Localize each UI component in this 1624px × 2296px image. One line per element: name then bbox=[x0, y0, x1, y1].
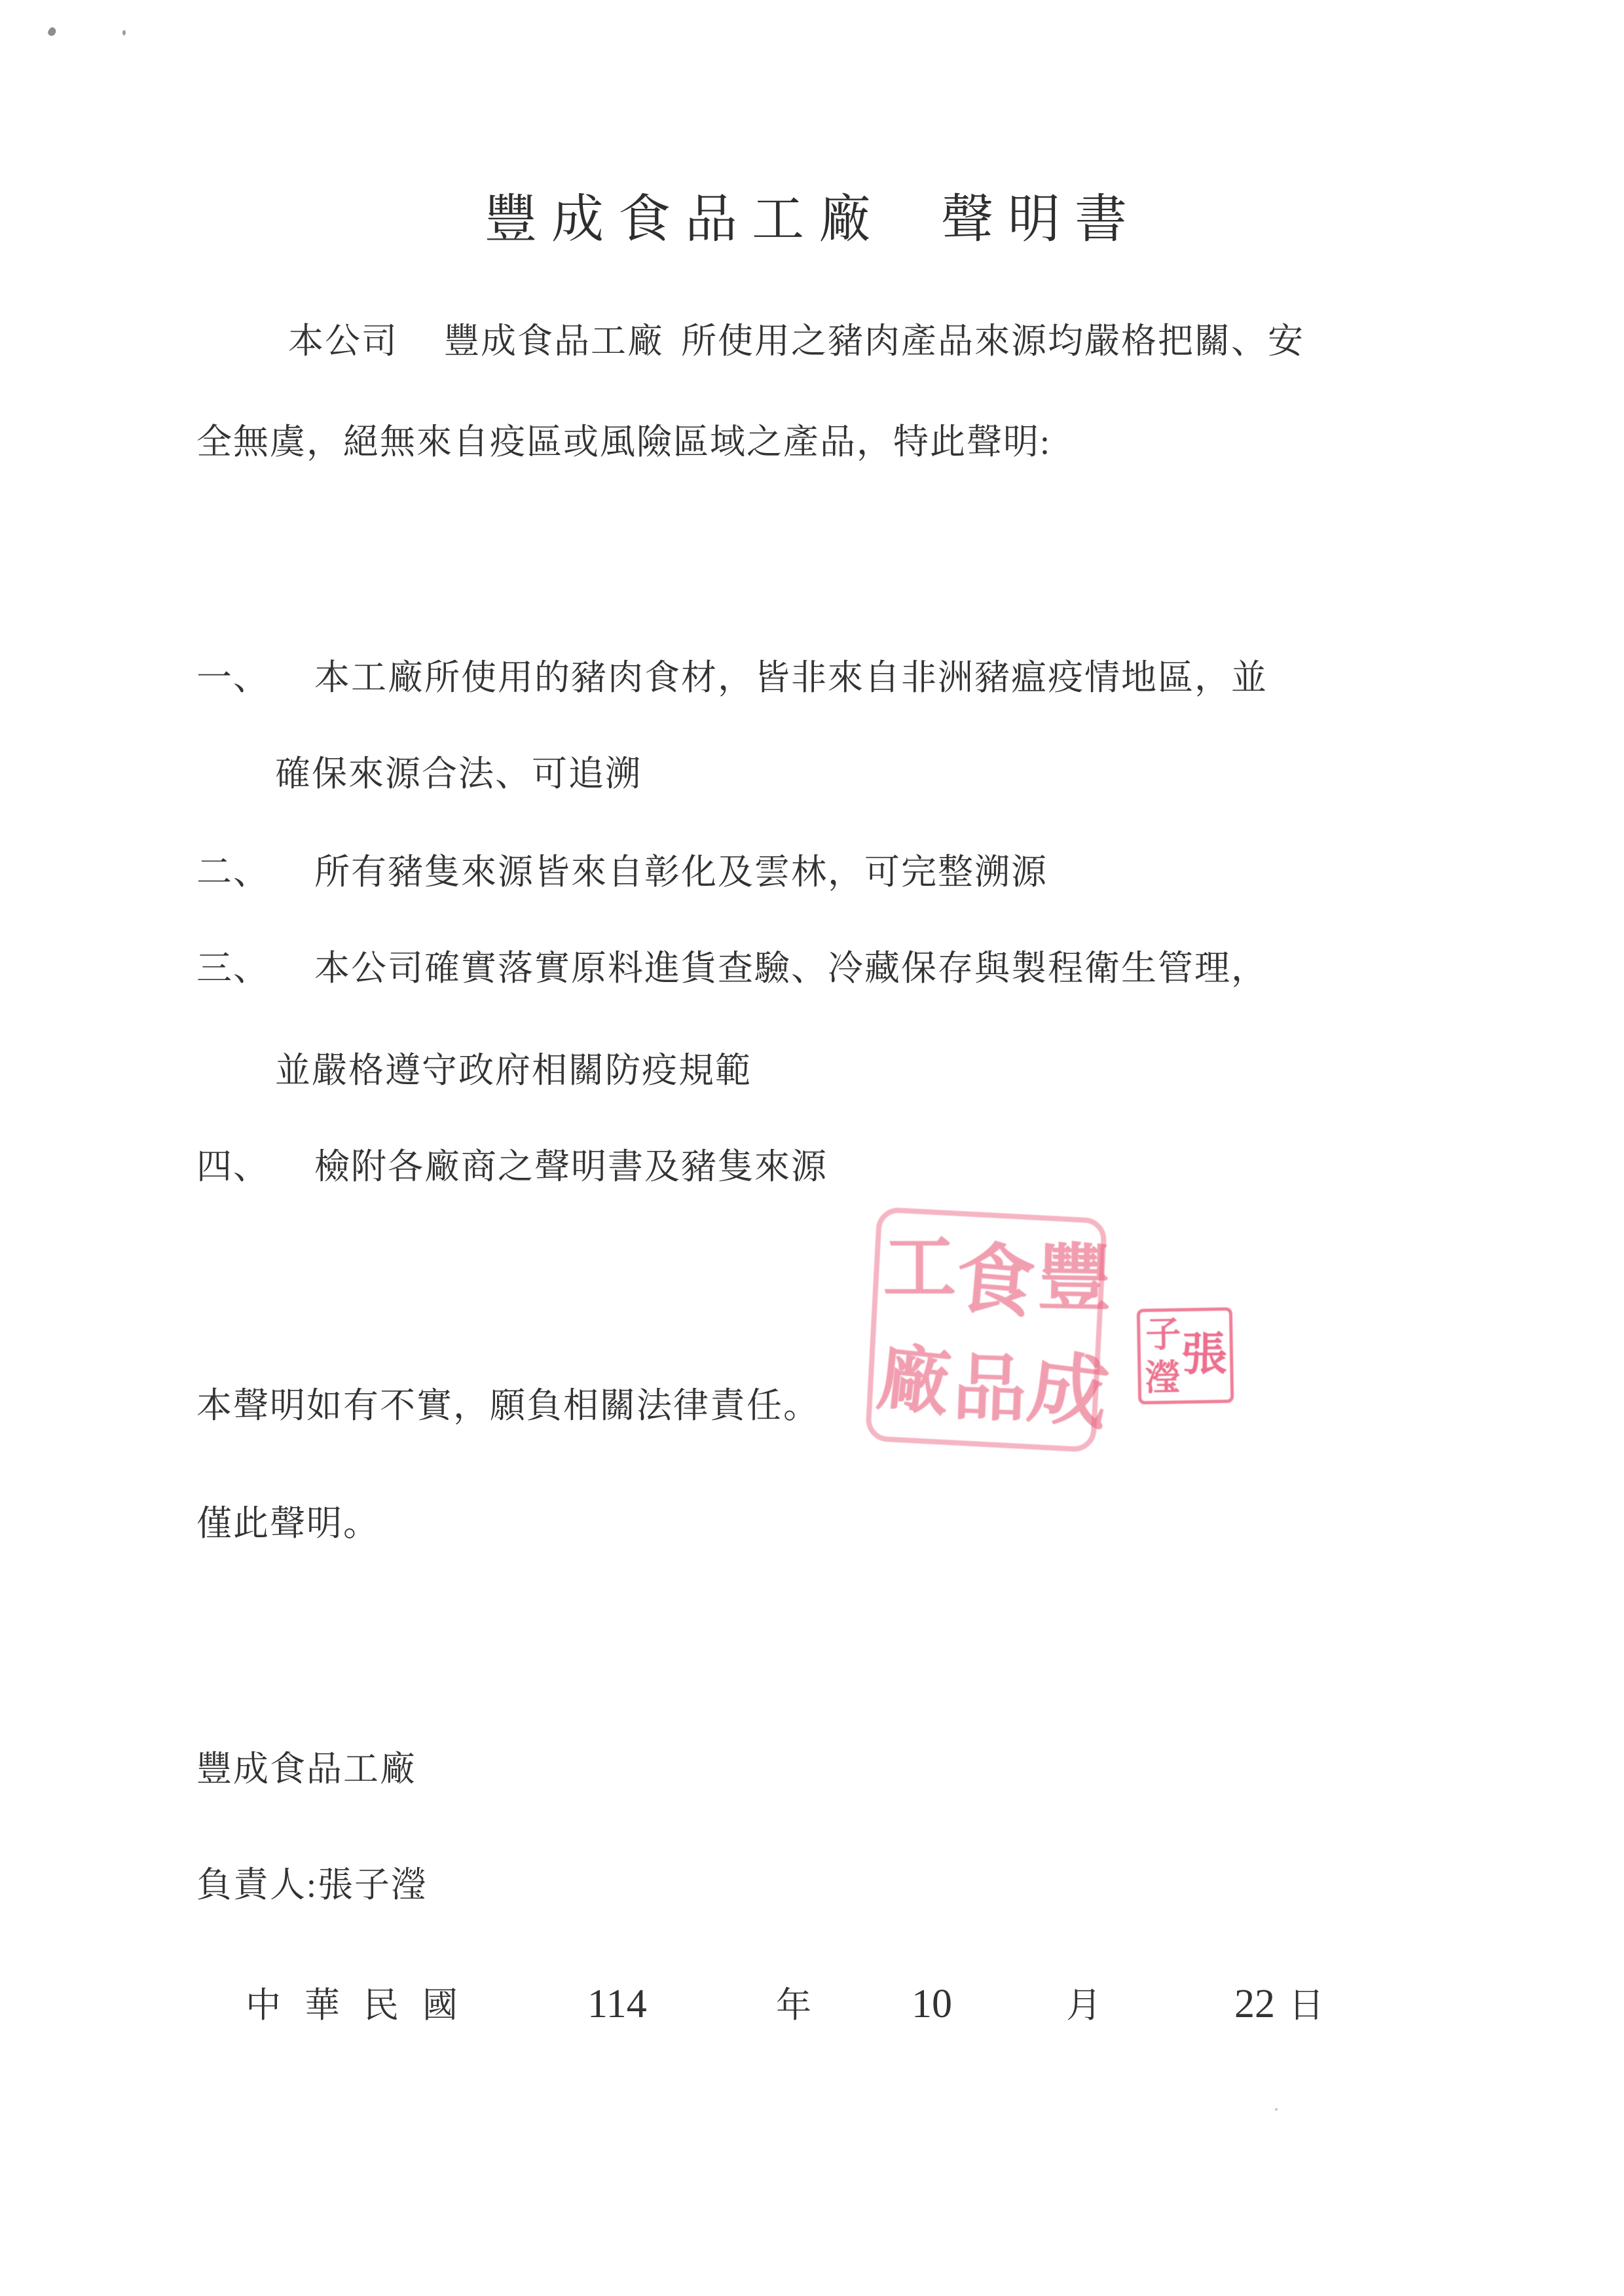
declaration-statement: 僅此聲明。 bbox=[196, 1506, 380, 1541]
company-seal-char: 成 bbox=[1024, 1347, 1113, 1436]
company-seal-char: 工 bbox=[883, 1231, 956, 1305]
date-year-unit: 年 bbox=[776, 1988, 811, 2023]
date-year-value: 114 bbox=[587, 1984, 647, 2024]
personal-seal-stamp: 子 張 瀅 bbox=[1137, 1307, 1234, 1405]
title-doc-type: 聲明書 bbox=[941, 191, 1141, 249]
item-3-line-1: 三、本公司確實落實原料進貨查驗、冷藏保存與製程衛生管理， bbox=[196, 951, 1268, 986]
document-title: 豐成食品工廠聲明書 bbox=[485, 194, 1141, 246]
company-seal-char: 廠 bbox=[874, 1341, 954, 1421]
item-1-text: 本工廠所使用的豬肉食材，皆非來自非洲豬瘟疫情地區，並 bbox=[314, 658, 1268, 697]
item-3-text: 本公司確實落實原料進貨查驗、冷藏保存與製程衛生管理， bbox=[314, 949, 1268, 988]
company-seal-char: 品 bbox=[952, 1351, 1028, 1427]
principal-name: 張子瀅 bbox=[318, 1865, 428, 1904]
intro-rest: 所使用之豬肉產品來源均嚴格把關、安 bbox=[681, 321, 1304, 361]
item-2-text: 所有豬隻來源皆來自彰化及雲林，可完整溯源 bbox=[314, 852, 1048, 892]
declaration-document-page: 豐成食品工廠聲明書 本公司豐成食品工廠所使用之豬肉產品來源均嚴格把關、安 全無虞… bbox=[0, 0, 1624, 2296]
intro-prefix: 本公司 bbox=[288, 321, 398, 361]
item-4-marker: 四、 bbox=[196, 1149, 314, 1184]
personal-seal-char: 子 bbox=[1145, 1317, 1181, 1353]
item-1-marker: 一、 bbox=[196, 660, 314, 695]
personal-seal-char: 瀅 bbox=[1145, 1360, 1181, 1396]
date-month-unit: 月 bbox=[1066, 1988, 1101, 2023]
date-day-value: 22 bbox=[1234, 1984, 1275, 2024]
item-3-line-2: 並嚴格遵守政府相關防疫規範 bbox=[275, 1053, 752, 1088]
signature-company-name: 豐成食品工廠 bbox=[196, 1751, 416, 1787]
scanner-speck bbox=[46, 26, 57, 37]
date-era: 中華民國 bbox=[246, 1988, 481, 2023]
principal-label: 負責人: bbox=[196, 1865, 318, 1904]
intro-line-2: 全無虞，絕無來自疫區或風險區域之產品，特此聲明: bbox=[196, 424, 1051, 460]
scanner-speck bbox=[1275, 2108, 1278, 2111]
item-2-marker: 二、 bbox=[196, 854, 314, 890]
personal-seal-char: 張 bbox=[1181, 1332, 1227, 1378]
company-seal-stamp: 工 食 豐 廠 品 成 bbox=[865, 1207, 1107, 1453]
title-company-name: 豐成食品工廠 bbox=[485, 191, 885, 249]
scanner-speck bbox=[122, 30, 126, 35]
signature-principal: 負責人:張子瀅 bbox=[196, 1867, 428, 1903]
item-3-marker: 三、 bbox=[196, 951, 314, 986]
item-4-line-1: 四、檢附各廠商之聲明書及豬隻來源 bbox=[196, 1149, 828, 1184]
company-seal-char: 豐 bbox=[1037, 1241, 1112, 1316]
date-day-unit: 日 bbox=[1289, 1988, 1324, 2023]
item-4-text: 檢附各廠商之聲明書及豬隻來源 bbox=[314, 1147, 828, 1186]
company-seal-char: 食 bbox=[953, 1239, 1038, 1324]
item-1-line-1: 一、本工廠所使用的豬肉食材，皆非來自非洲豬瘟疫情地區，並 bbox=[196, 660, 1268, 695]
item-1-line-2: 確保來源合法、可追溯 bbox=[275, 756, 642, 792]
item-2-line-1: 二、所有豬隻來源皆來自彰化及雲林，可完整溯源 bbox=[196, 854, 1048, 890]
liability-statement: 本聲明如有不實，願負相關法律責任。 bbox=[196, 1388, 820, 1423]
date-month-value: 10 bbox=[912, 1984, 952, 2024]
intro-line-1: 本公司豐成食品工廠所使用之豬肉產品來源均嚴格把關、安 bbox=[288, 323, 1304, 359]
intro-company-name: 豐成食品工廠 bbox=[444, 321, 664, 361]
